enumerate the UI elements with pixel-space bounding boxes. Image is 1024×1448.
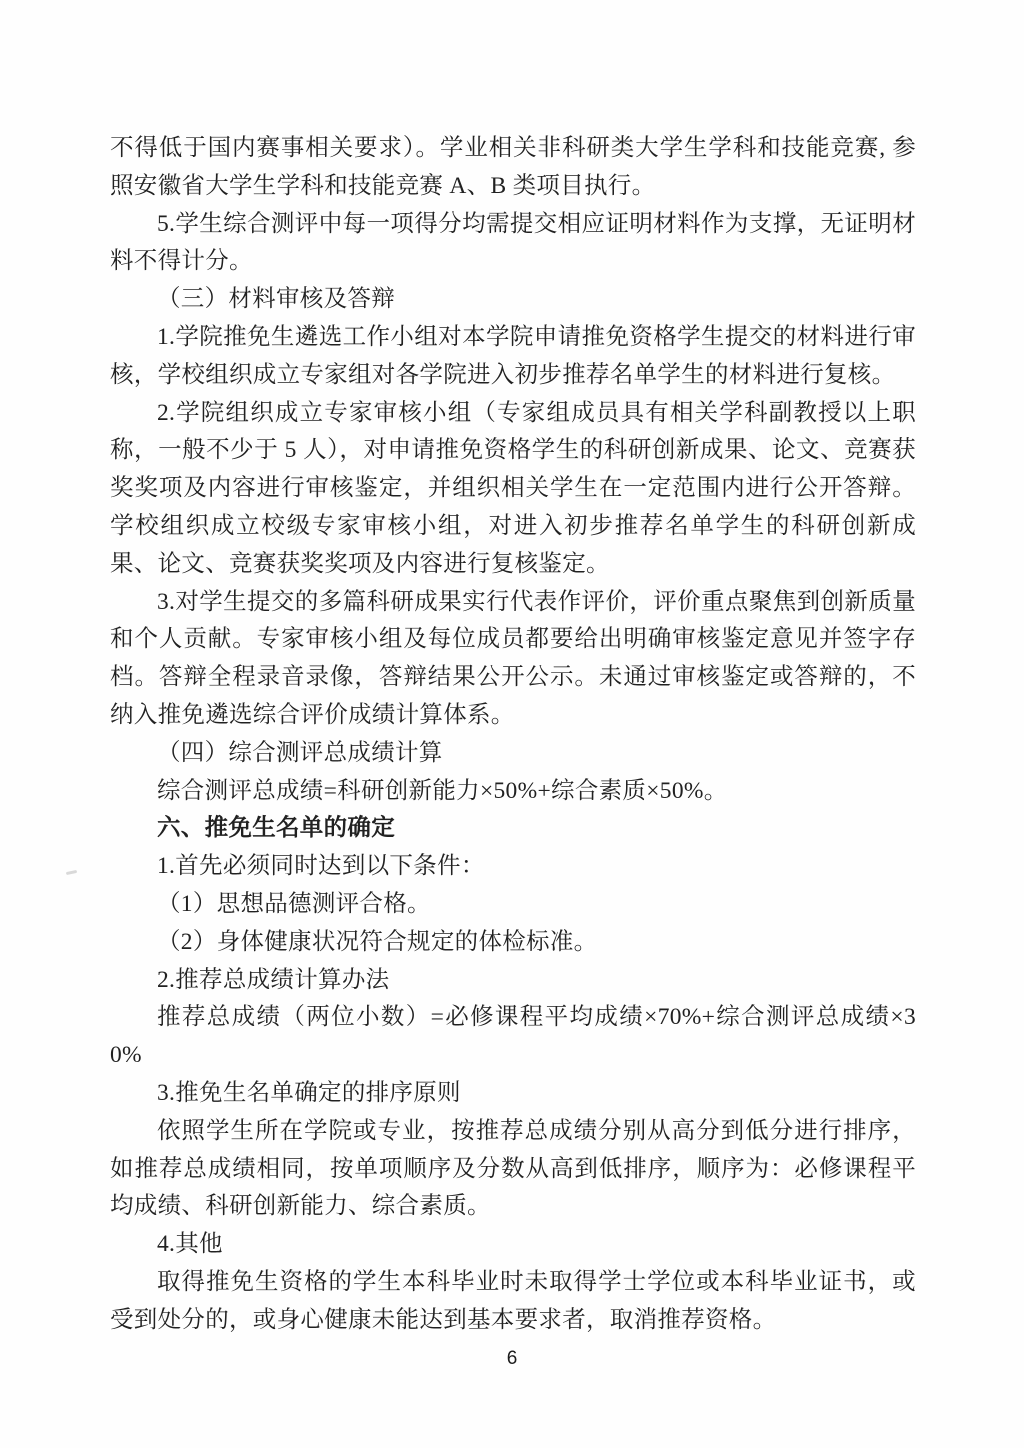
para-ranking-details: 依照学生所在学院或专业，按推荐总成绩分别从高分到低分进行排序，如推荐总成绩相同，…	[110, 1113, 916, 1226]
para-formula-recommendation-score: 推荐总成绩（两位小数）=必修课程平均成绩×70%+综合测评总成绩×30%	[110, 999, 916, 1075]
document-body: 不得低于国内赛事相关要求）。学业相关非科研类大学生学科和技能竞赛, 参照安徽省大…	[110, 130, 916, 1340]
para-item3-representative-work-evaluation: 3.对学生提交的多篇科研成果实行代表作评价，评价重点聚焦到创新质量和个人贡献。专…	[110, 584, 916, 735]
para-item1-college-review: 1.学院推免生遴选工作小组对本学院申请推免资格学生提交的材料进行审核，学校组织成…	[110, 319, 916, 395]
para-item4-other: 4.其他	[110, 1226, 916, 1264]
scan-artifact-mark	[66, 870, 77, 875]
heading-section4-total-score-calculation: （四）综合测评总成绩计算	[110, 735, 916, 773]
para-disqualification-rule: 取得推免生资格的学生本科毕业时未取得学士学位或本科毕业证书，或受到处分的，或身心…	[110, 1264, 916, 1340]
para-formula-comprehensive-score: 综合测评总成绩=科研创新能力×50%+综合素质×50%。	[110, 773, 916, 811]
para-condition1-moral-assessment: （1）思想品德测评合格。	[110, 886, 916, 924]
para-item1-conditions: 1.首先必须同时达到以下条件：	[110, 848, 916, 886]
para-item3-ranking-principle: 3.推免生名单确定的排序原则	[110, 1075, 916, 1113]
heading-chapter6-list-determination: 六、推免生名单的确定	[110, 810, 916, 848]
page-number: 6	[0, 1348, 1024, 1370]
heading-section3-material-review: （三）材料审核及答辩	[110, 281, 916, 319]
para-competition-requirements-continuation: 不得低于国内赛事相关要求）。学业相关非科研类大学生学科和技能竞赛, 参照安徽省大…	[110, 130, 916, 206]
document-page: 不得低于国内赛事相关要求）。学业相关非科研类大学生学科和技能竞赛, 参照安徽省大…	[0, 0, 1024, 1448]
para-item2-calculation-method: 2.推荐总成绩计算办法	[110, 962, 916, 1000]
para-item2-expert-panel: 2.学院组织成立专家审核小组（专家组成员具有相关学科副教授以上职称，一般不少于 …	[110, 395, 916, 584]
para-item5-proof-materials: 5.学生综合测评中每一项得分均需提交相应证明材料作为支撑，无证明材料不得计分。	[110, 206, 916, 282]
para-condition2-health-standard: （2）身体健康状况符合规定的体检标准。	[110, 924, 916, 962]
